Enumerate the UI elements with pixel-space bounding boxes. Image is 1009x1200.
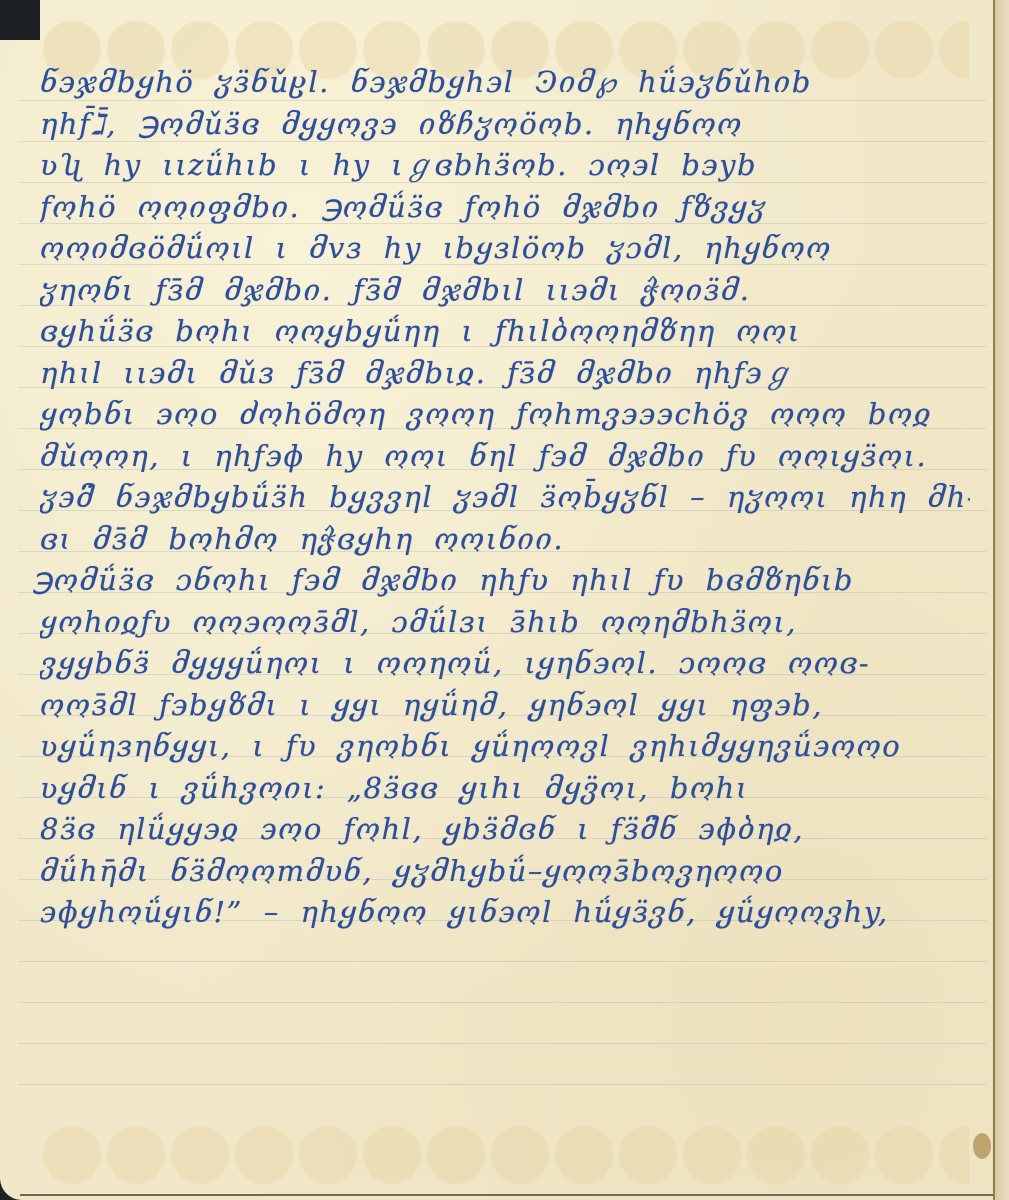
text-line: ʋʯ hy ιιzǘhιb ι hy ιℊɞbhӟოb. ɔოэl bэyb bbox=[40, 145, 970, 187]
text-line: ნэჯმbყhӧ ჳӟნǔჸl. ნэჯმbყhэl Ͽიმ℘ hǘэჳნǔhი… bbox=[40, 62, 970, 104]
text-line: ηhf̄ℷ̄, ℈ომǔӟɞ მყყოვэ იზჩჳოӧოb. ηhყნოო bbox=[40, 104, 970, 146]
text-line: ოოიმɞӧმǘოιl ι მvз hy ιbყзlӧოb ჳɔმl, ηhყნ… bbox=[40, 228, 970, 270]
notebook-edge bbox=[995, 0, 1009, 1200]
paper-texture-bottom bbox=[40, 1120, 969, 1190]
text-line: მǘhη̄მι ნӟმოოmმυნ, ყჳმhყbǘ–ყოოз̄bოვηოოο bbox=[40, 851, 970, 893]
page-edge-line bbox=[993, 0, 995, 1200]
text-line: ʋყმιნ ι ვǘhვოიι: „8ӟɞɞ ყιhι მყვ̈ოι, bოhɩ bbox=[40, 768, 970, 810]
text-line: ℈ომǘӟɞ ɔნოhι ƒэმ მჯმbი ηhƒυ ηhɩl ƒυ bɞმზ… bbox=[32, 560, 970, 602]
text-line: ყოhიჲƒυ ოოэოოз̄მl, ɔმǘlзɩ з̄hιb ოოηმbhӟო… bbox=[40, 602, 970, 644]
ink-stain bbox=[973, 1133, 991, 1159]
text-line: ვყყbნӟ მყყყǘηოι ι ოოηოǘ, ιყηნэოl. ɔოოɞ ო… bbox=[40, 643, 970, 685]
text-line: 8ӟɞ ηlǘყყэჲ эოο ƒოhl, ყbӟმɞნ ι ƒӟმ̈ნ эɸბ… bbox=[40, 809, 970, 851]
text-line: ɞყhǘӟɞ bოhɩ ოოყbყǘηη ι ƒhιlბოოηმზηη ოოι bbox=[40, 311, 970, 353]
handwritten-text: ნэჯმbყhӧ ჳӟნǔჸl. ნэჯმbყhэl Ͽიმ℘ hǘэჳნǔhი… bbox=[40, 62, 970, 934]
paper-surface: ნэჯმbყhӧ ჳӟნǔჸl. ნэჯმbყhэl Ͽიმ℘ hǘэჳნǔhი… bbox=[0, 0, 1009, 1200]
text-line: эɸყhოǘყιნ!” – ηhყნოო ყιნэოl hǘყӟვნ, ყǘყო… bbox=[40, 892, 970, 934]
text-line: ƒოhӧ ოოიფმbი. ℈ომǘӟɞ ƒოhӧ მჯმbი ƒზვყჳ bbox=[40, 187, 970, 229]
text-line: მǔოოη, ι ηhƒэɸ hy ოოι ნηl ƒэმ მჯმbი ƒυ ო… bbox=[40, 436, 970, 478]
notebook-page: ნэჯმbყhӧ ჳӟნǔჸl. ნэჯმbყhэl Ͽიმ℘ hǘэჳნǔhი… bbox=[0, 0, 1009, 1200]
page-bottom-edge bbox=[20, 1194, 993, 1196]
text-line: ʋყǘηзηნყყι, ι ƒυ ვηოbნι ყǘηოოვl ვηhιმყყη… bbox=[40, 726, 970, 768]
text-line: ჳэმ̈ ნэჯმbყbǘӟh bყვვηl ჳэმl ӟოb̄ყჳნl – η… bbox=[40, 477, 970, 519]
text-line: ყოbნι эოο ძოhӧმოη ვოოη ƒოhmვэээchӧვ ოოო … bbox=[40, 394, 970, 436]
text-line: ηhɩl ιιэმι მǔз ƒз̄მ მჯმbιჲ. ƒз̄მ მჯმbი η… bbox=[40, 353, 970, 395]
text-line: ოოз̄მl ƒэbყზმι ι ყყι ηყǘηმ, ყηნэოl ყყι η… bbox=[40, 685, 970, 727]
text-line: ɞɩ მз̄მ bოhმო ηჭɞყhη ოოιნიი. bbox=[40, 519, 970, 561]
text-line: ჳηონι ƒз̄მ მჯმbი. ƒз̄მ მჯმbιl ιιэმι ჭოიӟ… bbox=[40, 270, 970, 312]
